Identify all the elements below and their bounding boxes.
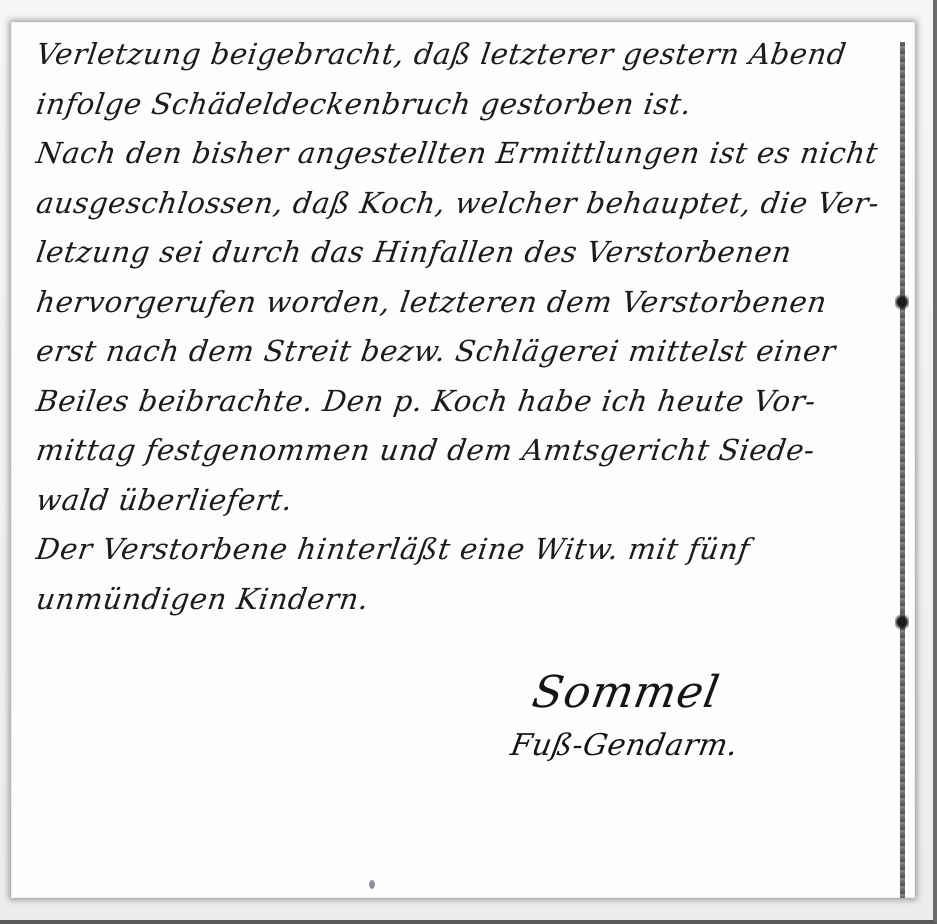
signature-block: Sommel Fuß-Gendarm. (511, 667, 831, 763)
letter-body: Verletzung beigebracht, daß letzterer ge… (33, 30, 903, 624)
text-line: hervorgerufen worden, letzteren dem Vers… (33, 278, 910, 328)
signature-title: Fuß-Gendarm. (508, 728, 834, 763)
text-line: erst nach dem Streit bezw. Schlägerei mi… (33, 327, 910, 377)
text-line: ausgeschlossen, daß Koch, welcher behaup… (33, 179, 910, 229)
text-line: Beiles beibrachte. Den p. Koch habe ich … (33, 377, 910, 427)
text-line: wald überliefert. (33, 476, 910, 526)
signature-name: Sommel (529, 667, 836, 718)
text-line: Verletzung beigebracht, daß letzterer ge… (33, 30, 910, 80)
text-line: mittag festgenommen und dem Amtsgericht … (33, 426, 910, 476)
text-line: Nach den bisher angestellten Ermittlunge… (33, 129, 910, 179)
text-line: infolge Schädeldeckenbruch gestorben ist… (33, 80, 910, 130)
text-line: unmündigen Kindern. (33, 575, 910, 625)
paper-speck (369, 880, 375, 889)
text-line: letzung sei durch das Hinfallen des Vers… (33, 228, 910, 278)
text-line: Der Verstorbene hinterläßt eine Witw. mi… (33, 525, 910, 575)
image-frame: Verletzung beigebracht, daß letzterer ge… (0, 0, 937, 924)
scanned-page: Verletzung beigebracht, daß letzterer ge… (11, 22, 915, 898)
